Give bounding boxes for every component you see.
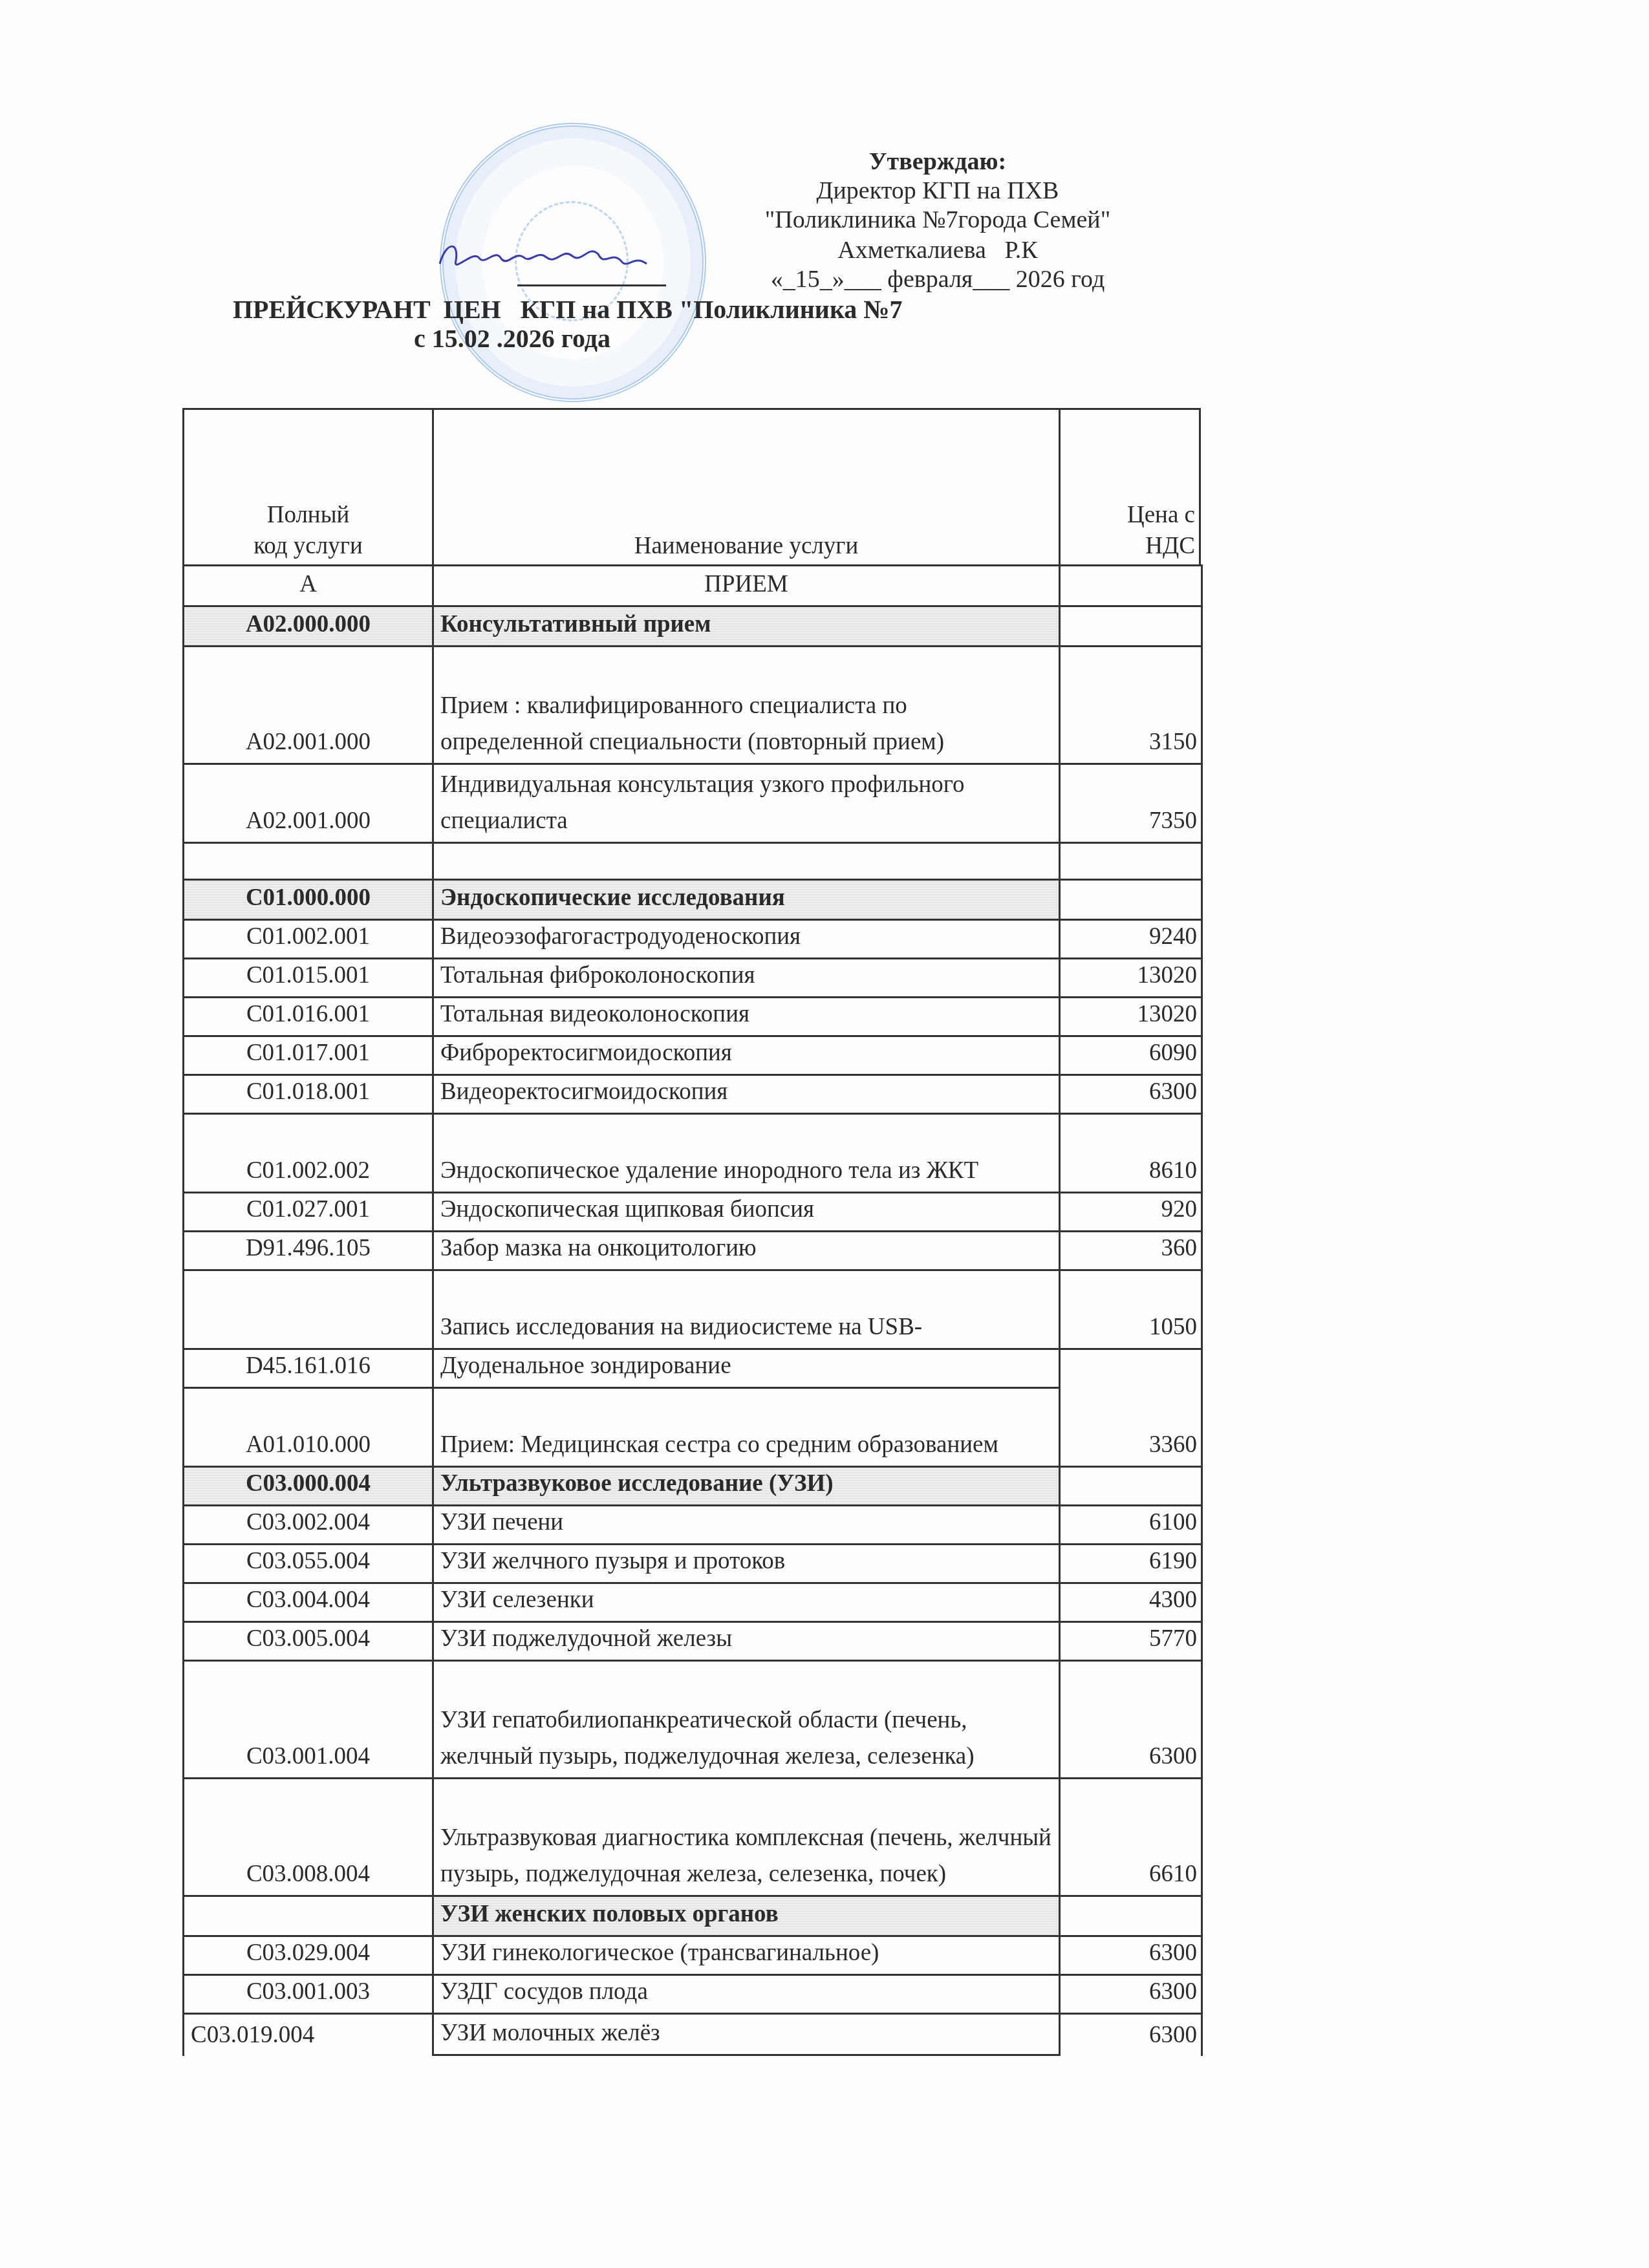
- row-service-name: Видеоректосигмоидоскопия: [432, 1074, 1061, 1115]
- document-subtitle: с 15.02 .2026 года: [414, 323, 610, 354]
- row-code: С01.015.001: [182, 957, 434, 998]
- row-price: [1059, 842, 1203, 881]
- row-service-name: Прием: Медицинская сестра со средним обр…: [432, 1387, 1061, 1468]
- row-service-name: Ультразвуковая диагностика комплексная (…: [432, 1777, 1061, 1897]
- row-price: 6100: [1059, 1504, 1203, 1545]
- row-code: С03.004.004: [182, 1582, 434, 1623]
- row-price: 3360: [1059, 1348, 1203, 1468]
- row-price: 9240: [1059, 919, 1203, 959]
- row-service-name: Тотальная видеоколоноскопия: [432, 996, 1061, 1037]
- clinic-name: "Поликлиника №7города Семей": [113, 206, 1649, 234]
- row-service-name: Фиброректосигмоидоскопия: [432, 1035, 1061, 1076]
- row-price: 13020: [1059, 957, 1203, 998]
- row-code: С03.019.004: [182, 2013, 434, 2056]
- row-service-name: Эндоскопическое удаление инородного тела…: [432, 1113, 1061, 1193]
- row-code: А: [182, 564, 434, 607]
- row-service-name: УЗИ молочных желёз: [432, 2013, 1061, 2056]
- row-price: 6300: [1059, 1974, 1203, 2015]
- row-service-name: Консультативный прием: [432, 605, 1061, 647]
- row-code: С03.000.004: [182, 1466, 434, 1506]
- row-service-name: УЗДГ сосудов плода: [432, 1974, 1061, 2015]
- row-service-name: УЗИ женских половых органов: [432, 1895, 1061, 1937]
- row-service-name: Видеоэзофагогастродуоденоскопия: [432, 919, 1061, 959]
- signer-name: Ахметкалиева Р.К: [113, 236, 1649, 264]
- row-price: 13020: [1059, 996, 1203, 1037]
- row-code: С01.002.001: [182, 919, 434, 959]
- row-price: 6610: [1059, 1777, 1203, 1897]
- row-service-name: Эндоскопические исследования: [432, 879, 1061, 921]
- approval-date: «_15_»___ февраля___ 2026 год: [113, 265, 1649, 294]
- row-code: А02.001.000: [182, 645, 434, 765]
- row-service-name: Прием : квалифицированного специалиста п…: [432, 645, 1061, 765]
- row-price: [1059, 564, 1203, 607]
- row-code: С01.027.001: [182, 1192, 434, 1232]
- approval-label: Утверждаю:: [113, 147, 1649, 176]
- row-price: [1059, 605, 1203, 647]
- row-service-name: Тотальная фиброколоноскопия: [432, 957, 1061, 998]
- row-price: 8610: [1059, 1113, 1203, 1193]
- row-service-name: Ультразвуковое исследование (УЗИ): [432, 1466, 1061, 1506]
- row-price: 360: [1059, 1230, 1203, 1271]
- row-price: 6300: [1059, 1074, 1203, 1115]
- row-service-name: Запись исследования на видиосистеме на U…: [432, 1269, 1061, 1350]
- row-service-name: Индивидуальная консультация узкого профи…: [432, 763, 1061, 844]
- row-price: 4300: [1059, 1582, 1203, 1623]
- row-code: [182, 1269, 434, 1350]
- row-code: А01.010.000: [182, 1387, 434, 1468]
- row-code: С03.005.004: [182, 1621, 434, 1662]
- row-price: 920: [1059, 1192, 1203, 1232]
- row-price: 5770: [1059, 1621, 1203, 1662]
- row-code: D91.496.105: [182, 1230, 434, 1271]
- row-price: [1059, 1895, 1203, 1937]
- director-title: Директор КГП на ПХВ: [113, 177, 1649, 205]
- row-service-name: Дуоденальное зондирование: [432, 1348, 1061, 1389]
- row-service-name: ПРИЕМ: [432, 564, 1061, 607]
- row-service-name: УЗИ гепатобилиопанкреатической области (…: [432, 1660, 1061, 1779]
- row-price: 3150: [1059, 645, 1203, 765]
- row-code: [182, 1895, 434, 1937]
- row-price: [1059, 879, 1203, 921]
- row-code: С01.017.001: [182, 1035, 434, 1076]
- row-price: [1059, 1466, 1203, 1506]
- row-price: 6300: [1059, 2013, 1203, 2056]
- row-code: С03.008.004: [182, 1777, 434, 1897]
- row-code: D45.161.016: [182, 1348, 434, 1389]
- row-price: 7350: [1059, 763, 1203, 844]
- row-service-name: УЗИ гинекологическое (трансвагинальное): [432, 1935, 1061, 1976]
- row-code: С01.016.001: [182, 996, 434, 1037]
- row-code: С03.029.004: [182, 1935, 434, 1976]
- header-price: Цена с НДС: [1059, 408, 1201, 566]
- row-price: 6300: [1059, 1660, 1203, 1779]
- document-title: ПРЕЙСКУРАНТ ЦЕН КГП на ПХВ "Поликлиника …: [233, 294, 903, 325]
- row-code: С03.001.003: [182, 1974, 434, 2015]
- row-code: С01.000.000: [182, 879, 434, 921]
- row-code: С01.018.001: [182, 1074, 434, 1115]
- price-table: Полный код услуги Наименование услуги Це…: [0, 0, 1649, 2268]
- row-code: С01.002.002: [182, 1113, 434, 1193]
- row-price: 6090: [1059, 1035, 1203, 1076]
- row-code: С03.001.004: [182, 1660, 434, 1779]
- row-price: 6300: [1059, 1935, 1203, 1976]
- header-code: Полный код услуги: [182, 408, 434, 566]
- row-price: 6190: [1059, 1543, 1203, 1584]
- row-price: 1050: [1059, 1269, 1203, 1350]
- row-service-name: [432, 842, 1061, 881]
- row-code: С03.055.004: [182, 1543, 434, 1584]
- row-service-name: УЗИ селезенки: [432, 1582, 1061, 1623]
- row-code: [182, 842, 434, 881]
- row-service-name: Эндоскопическая щипковая биопсия: [432, 1192, 1061, 1232]
- row-service-name: УЗИ печени: [432, 1504, 1061, 1545]
- header-name: Наименование услуги: [432, 408, 1061, 566]
- row-code: А02.000.000: [182, 605, 434, 647]
- row-code: С03.002.004: [182, 1504, 434, 1545]
- row-service-name: УЗИ желчного пузыря и протоков: [432, 1543, 1061, 1584]
- row-service-name: УЗИ поджелудочной железы: [432, 1621, 1061, 1662]
- row-service-name: Забор мазка на онкоцитологию: [432, 1230, 1061, 1271]
- row-code: А02.001.000: [182, 763, 434, 844]
